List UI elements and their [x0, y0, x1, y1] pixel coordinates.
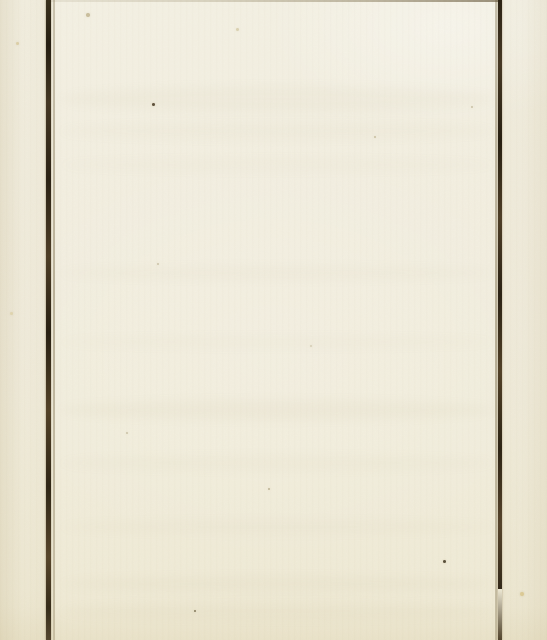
foxing-speck	[126, 432, 128, 434]
foxing-speck	[374, 136, 376, 138]
plate-border-right-rule	[498, 0, 503, 640]
foxing-specks-layer	[0, 0, 547, 640]
foxing-speck	[268, 488, 270, 490]
showthrough-band	[60, 400, 495, 420]
showthrough-band	[60, 576, 495, 592]
plate-border-left-rule	[46, 0, 51, 640]
scanned-page	[0, 0, 547, 640]
foxing-speck	[236, 28, 239, 31]
plate-border-left-inner-rule	[53, 0, 55, 640]
showthrough-band	[60, 520, 495, 534]
showthrough-band	[60, 336, 495, 348]
foxing-speck	[310, 345, 312, 347]
showthrough-band	[60, 86, 495, 112]
plate-border-top-rule	[51, 0, 498, 2]
showthrough-band	[60, 455, 495, 471]
right-page-margin	[503, 0, 547, 640]
showthrough-band	[60, 122, 495, 140]
showthrough-band	[60, 266, 495, 280]
showthrough-band	[60, 158, 495, 172]
showthrough-bands-layer	[0, 0, 547, 640]
showthrough-band	[60, 248, 495, 270]
foxing-speck	[152, 103, 155, 106]
left-page-margin	[0, 0, 46, 640]
foxing-speck	[157, 263, 159, 265]
foxing-speck	[194, 610, 196, 612]
paper-grain-texture	[0, 0, 547, 640]
foxing-speck	[86, 13, 90, 17]
plate-border-right-inner-rule	[495, 0, 497, 640]
foxing-speck	[471, 106, 473, 108]
bottom-edge-shading	[0, 606, 547, 640]
showthrough-band	[60, 602, 495, 620]
foxing-speck	[443, 560, 446, 563]
